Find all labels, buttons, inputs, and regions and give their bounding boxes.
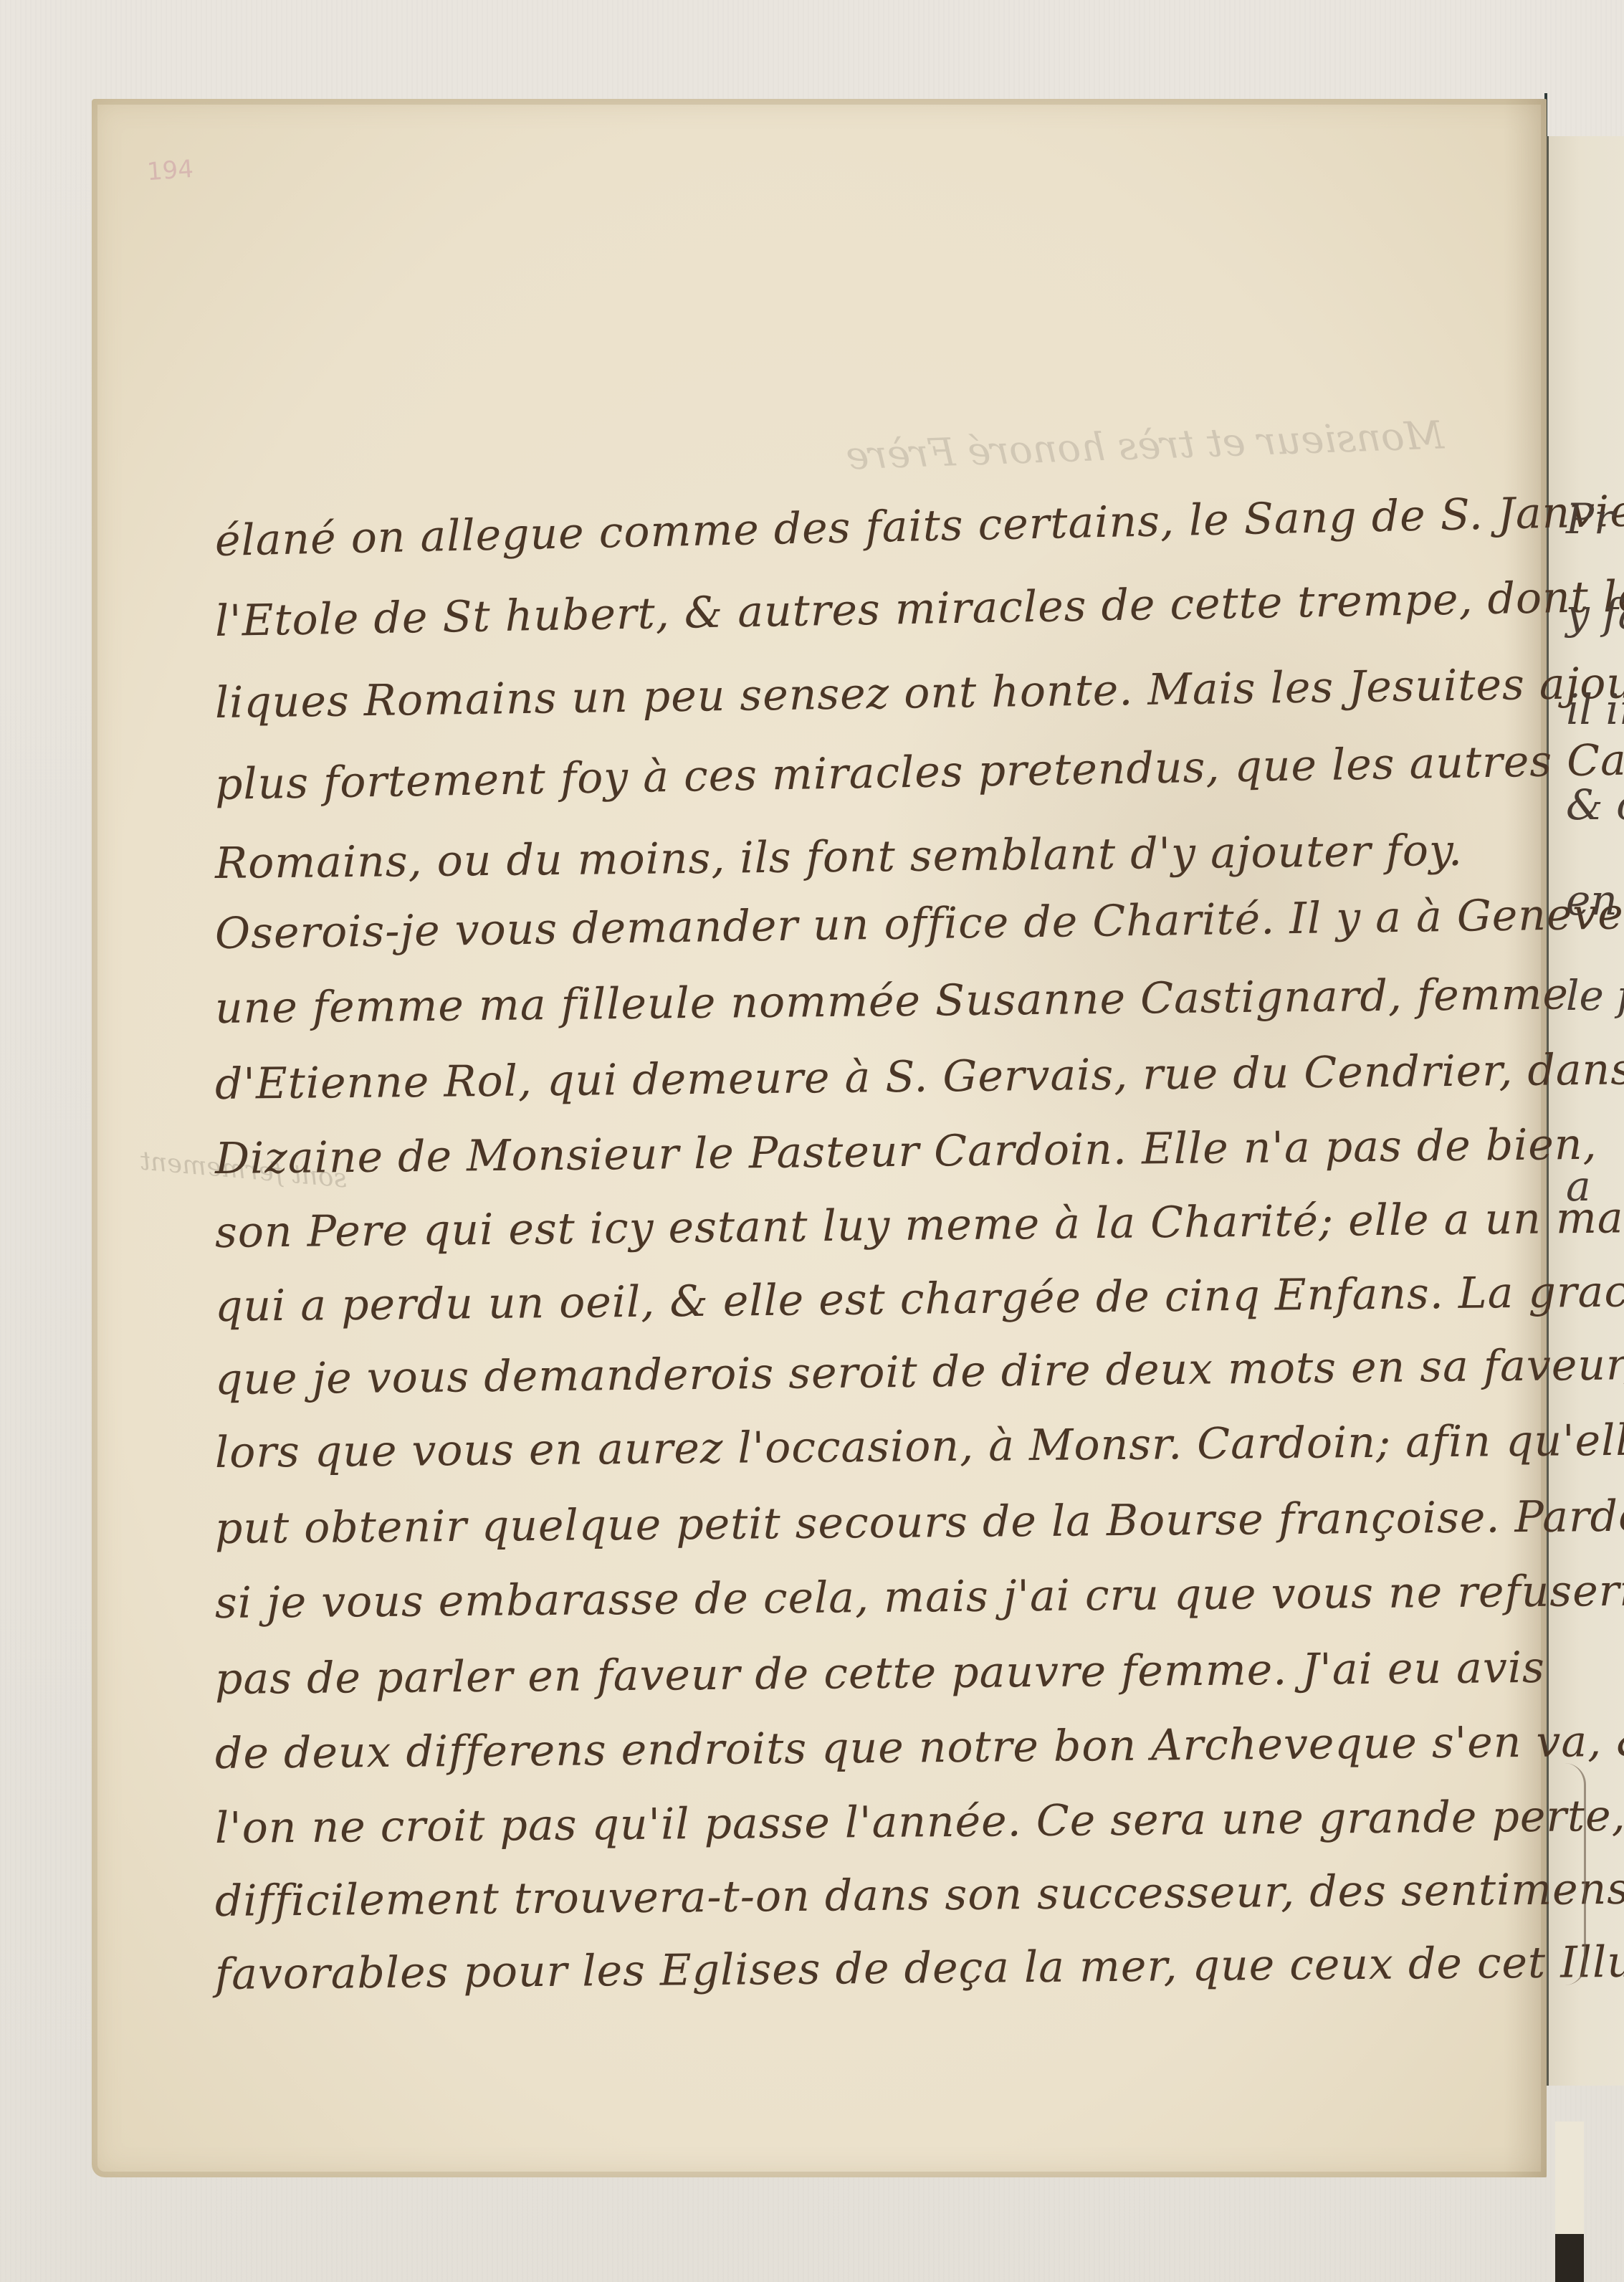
facing-page-fragment: Pr bbox=[1566, 495, 1624, 590]
facing-page-fragment bbox=[1566, 1066, 1624, 1162]
facing-page-fragment: en p bbox=[1566, 876, 1624, 971]
binding-spine-bottom bbox=[1555, 2121, 1584, 2282]
facing-page-text: Pr y fai il in & cor en p le f a bbox=[1566, 495, 1624, 1257]
facing-page-fragment: y fai bbox=[1566, 590, 1624, 685]
margin-bracket-mark bbox=[1562, 1763, 1586, 1985]
facing-page-fragment: il in bbox=[1566, 685, 1624, 780]
facing-page-fragment: le f bbox=[1566, 971, 1624, 1066]
facing-page-fragment: a bbox=[1566, 1162, 1624, 1257]
folio-number: 194 bbox=[146, 155, 195, 186]
facing-page-fragment: & cor bbox=[1566, 780, 1624, 876]
